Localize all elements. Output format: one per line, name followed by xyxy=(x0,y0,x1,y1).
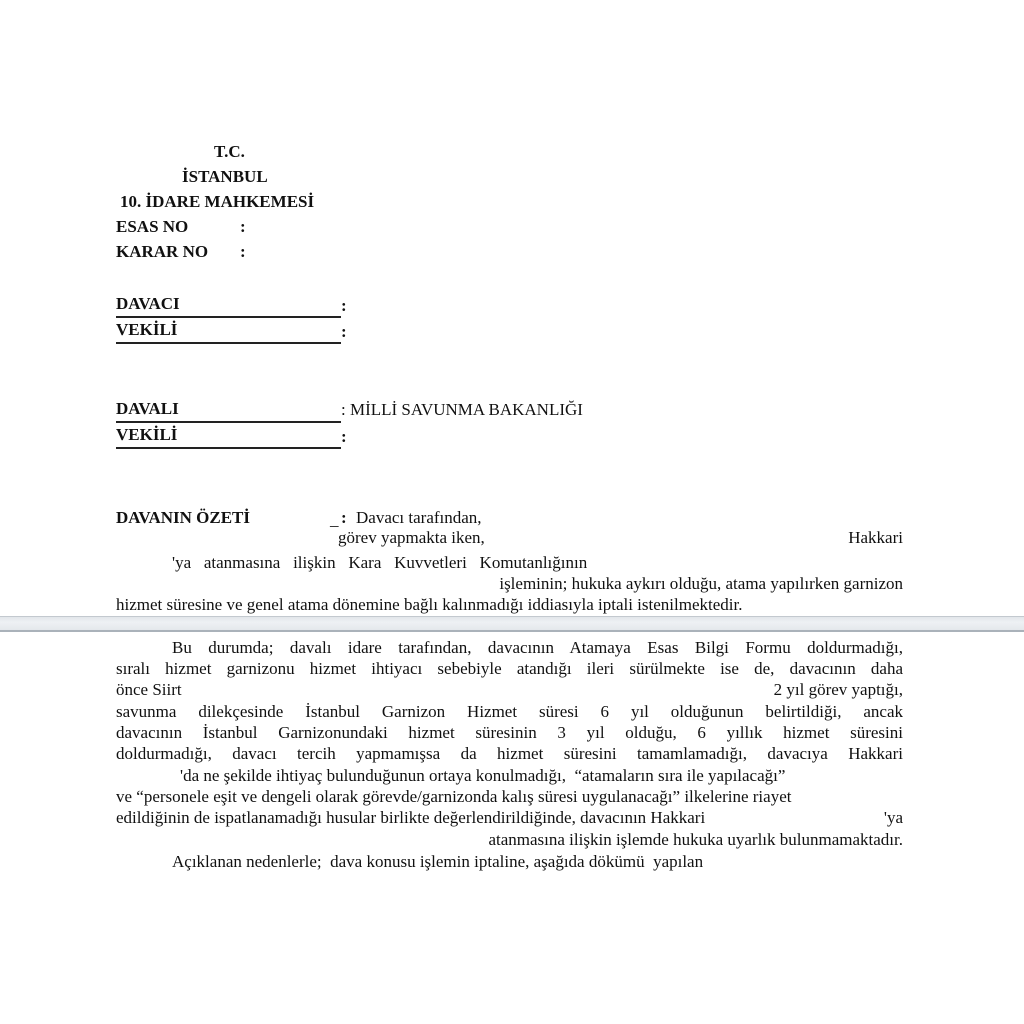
summary-label: DAVANIN ÖZETİ xyxy=(116,508,250,528)
header-court-name: 10. İDARE MAHKEMESİ xyxy=(120,192,314,212)
summary-colon: : xyxy=(341,508,347,528)
header-city: İSTANBUL xyxy=(182,167,268,187)
header-tc: T.C. xyxy=(214,142,245,162)
summary-line-2b: Hakkari xyxy=(848,528,903,548)
esas-no-colon: : xyxy=(240,217,246,237)
summary-line-5: hizmet süresine ve genel atama dönemine … xyxy=(116,595,742,615)
body-line-7: 'da ne şekilde ihtiyaç bulunduğunun orta… xyxy=(180,766,785,786)
karar-no-label: KARAR NO xyxy=(116,242,208,262)
summary-line-3: 'ya atanmasına ilişkin Kara Kuvvetleri K… xyxy=(172,553,587,573)
body-line-8: ve “personele eşit ve dengeli olarak gör… xyxy=(116,787,791,807)
esas-no-label: ESAS NO xyxy=(116,217,188,237)
davaci-vekili-label: VEKİLİ xyxy=(116,320,341,344)
davali-label: DAVALI xyxy=(116,399,341,423)
davaci-value: : xyxy=(341,296,347,316)
body-line-11: Açıklanan nedenlerle; dava konusu işlemi… xyxy=(172,852,703,872)
body-line-3a: önce Siirt xyxy=(116,680,182,700)
document-page-1: T.C. İSTANBUL 10. İDARE MAHKEMESİ ESAS N… xyxy=(0,0,1024,616)
davali-vekili-value: : xyxy=(341,427,347,447)
body-line-5: davacının İstanbul Garnizonundaki hizmet… xyxy=(116,723,903,743)
summary-line-2a: görev yapmakta iken, xyxy=(338,528,485,548)
karar-no-colon: : xyxy=(240,242,246,262)
davali-value: : MİLLİ SAVUNMA BAKANLIĞI xyxy=(341,400,583,420)
davaci-vekili-value: : xyxy=(341,322,347,342)
body-line-9a: edildiğinin de ispatlanamadığı husular b… xyxy=(116,808,705,828)
body-line-3b: 2 yıl görev yaptığı, xyxy=(774,680,903,700)
davaci-label: DAVACI xyxy=(116,294,341,318)
summary-marker: _ xyxy=(330,510,339,530)
body-line-4: savunma dilekçesinde İstanbul Garnizon H… xyxy=(116,702,903,722)
body-line-10: atanmasına ilişkin işlemde hukuka uyarlı… xyxy=(488,830,903,850)
body-line-2: sıralı hizmet garnizonu hizmet ihtiyacı … xyxy=(116,659,903,679)
summary-line-4: işleminin; hukuka aykırı olduğu, atama y… xyxy=(499,574,903,594)
summary-line-1: Davacı tarafından, xyxy=(356,508,482,528)
body-line-6: doldurmadığı, davacı tercih yapmamışsa d… xyxy=(116,744,903,764)
body-line-9b: 'ya xyxy=(884,808,903,828)
body-line-1: Bu durumda; davalı idare tarafından, dav… xyxy=(172,638,903,658)
davali-vekili-label: VEKİLİ xyxy=(116,425,341,449)
page-break-separator xyxy=(0,616,1024,632)
